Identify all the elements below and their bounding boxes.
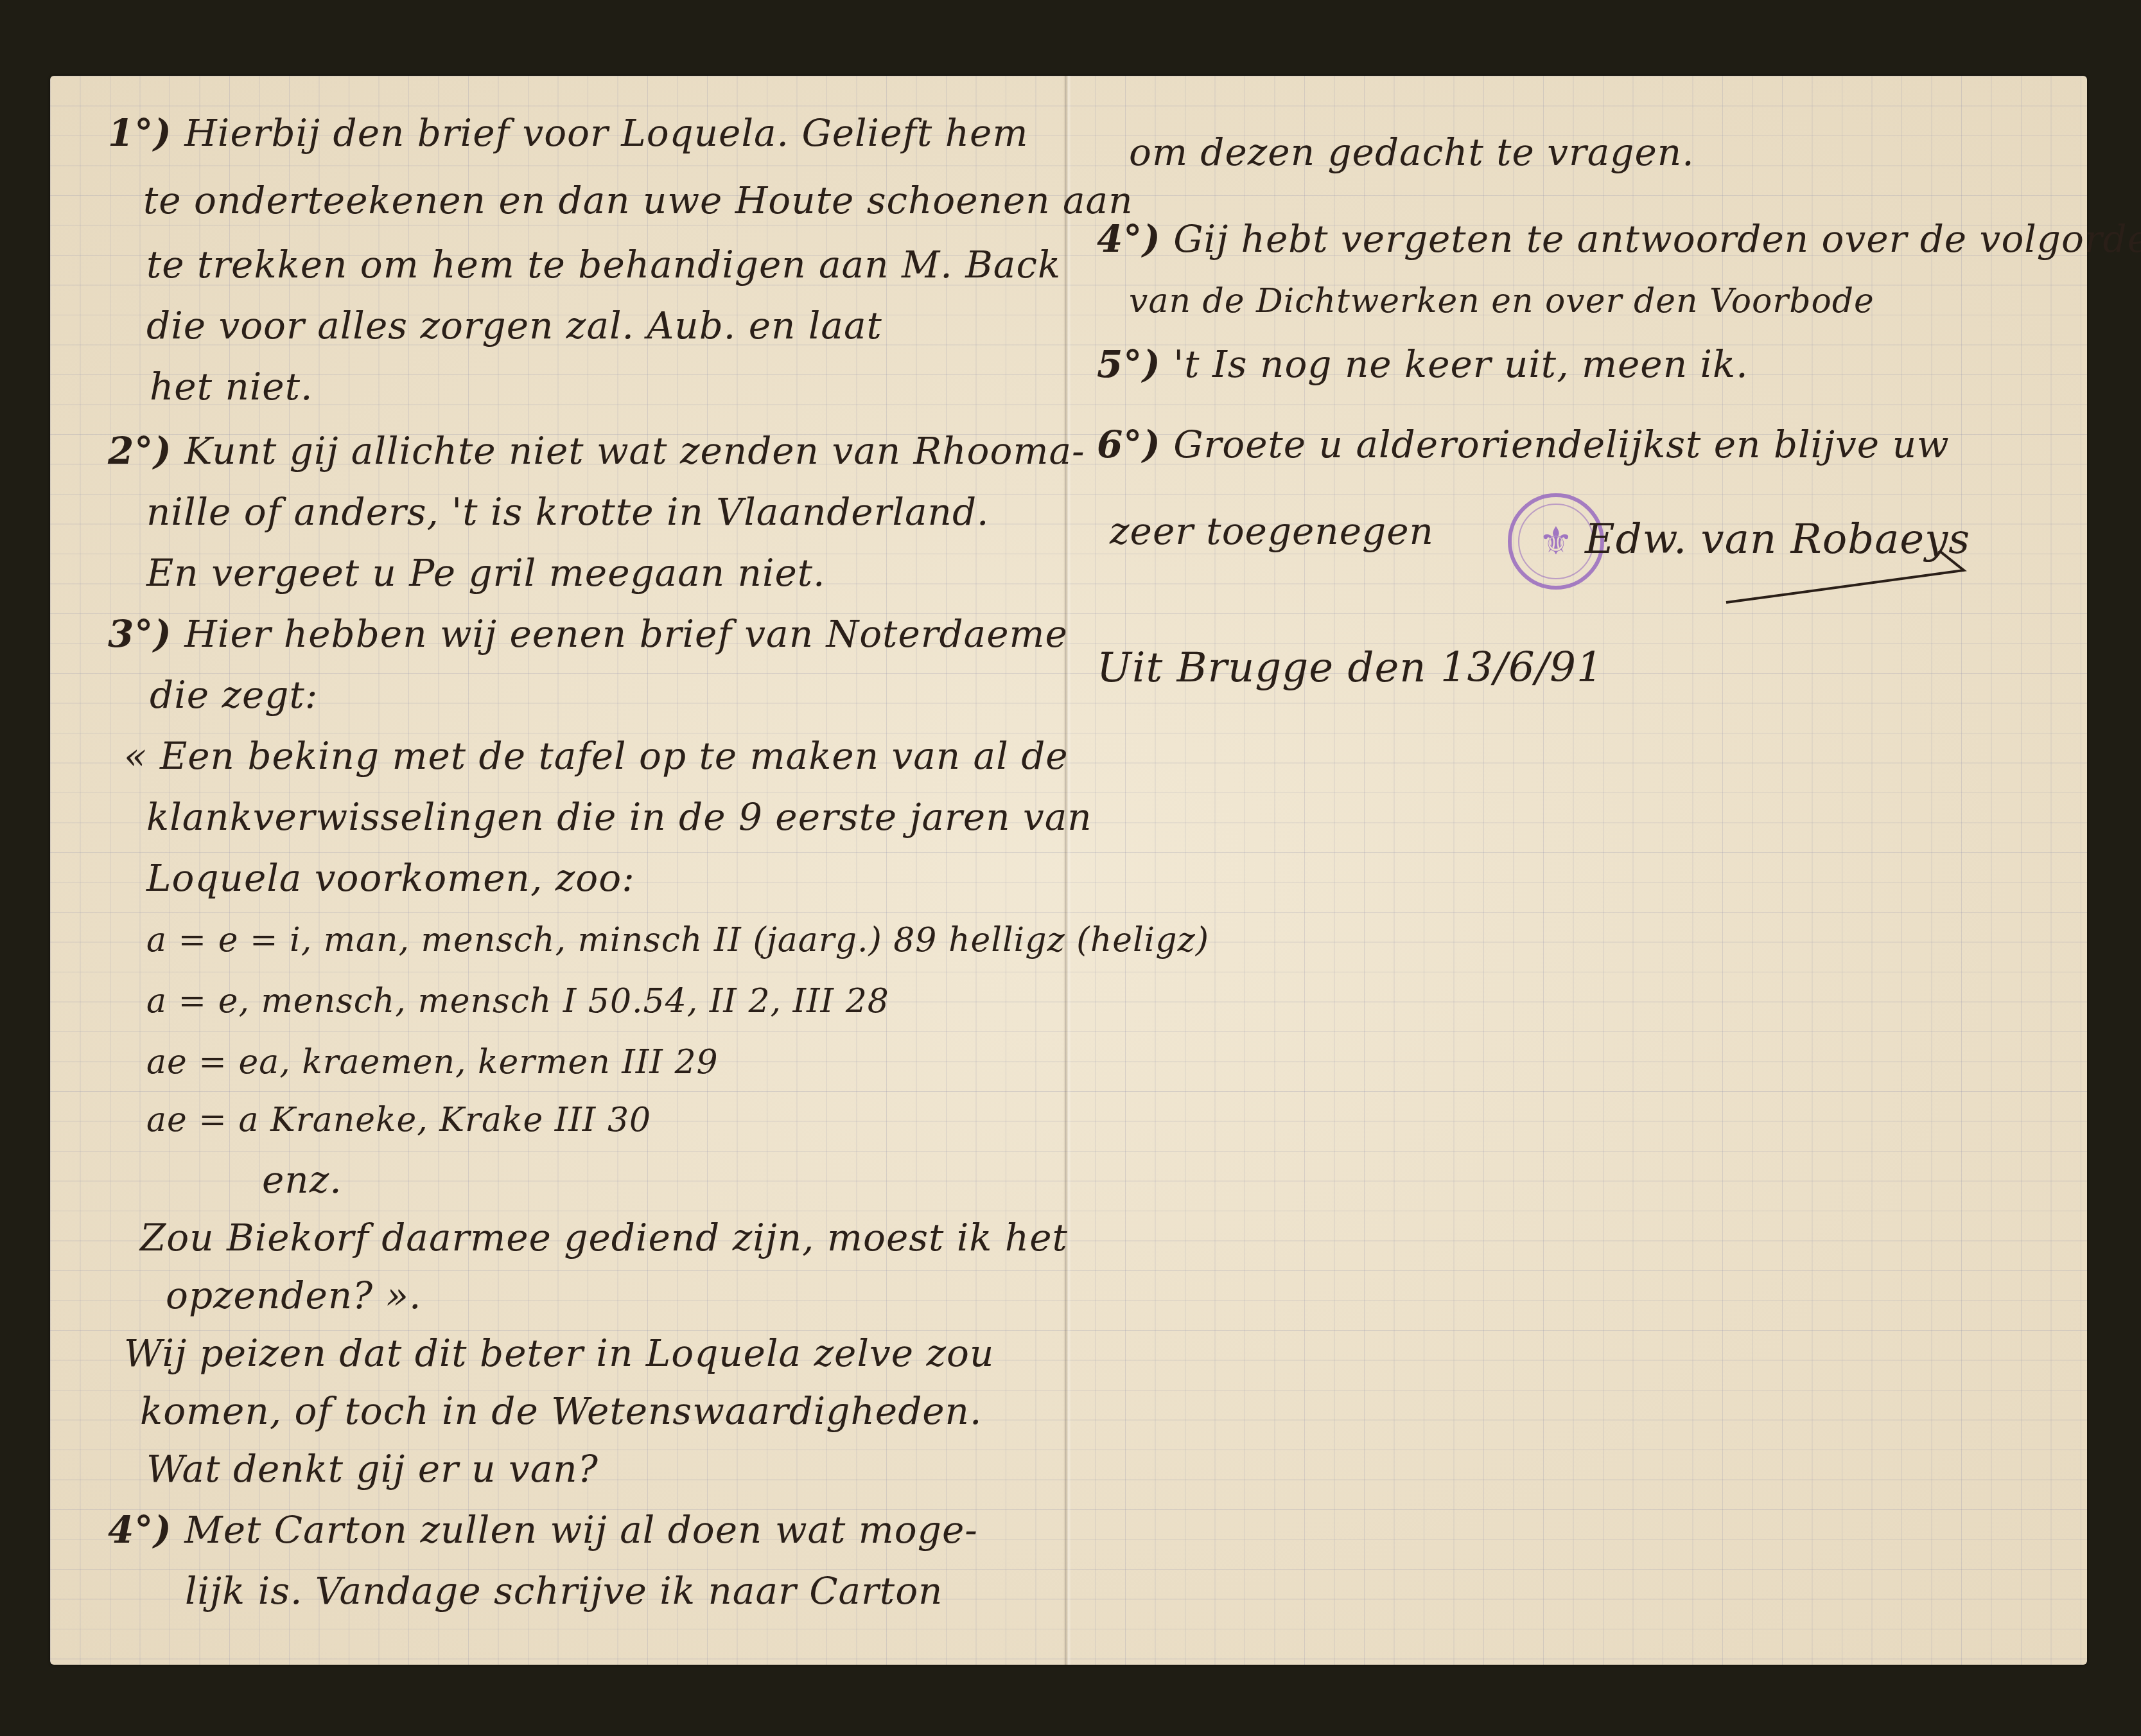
- text-line: opzenden? ».: [166, 1277, 422, 1314]
- date-line: Uit Brugge den 13/6/91: [1097, 647, 1604, 688]
- text-line: nille of anders, 't is krotte in Vlaande…: [146, 493, 989, 530]
- text-line: 4°) Met Carton zullen wij al doen wat mo…: [108, 1511, 978, 1548]
- text-line: Zou Biekorf daarmee gediend zijn, moest …: [140, 1219, 1068, 1256]
- text-line: Wat denkt gij er u van?: [146, 1450, 599, 1487]
- text-line: Loquela voorkomen, zoo:: [146, 859, 635, 897]
- text-line: 6°) Groete u alderoriendelijkst en blijv…: [1097, 426, 1950, 463]
- text-line: En vergeet u Pe gril meegaan niet.: [146, 554, 826, 592]
- page-fold: [1063, 76, 1071, 1665]
- text-line: a = e, mensch, mensch I 50.54, II 2, III…: [146, 985, 889, 1018]
- text-line: ae = ea, kraemen, kermen III 29: [146, 1046, 719, 1079]
- text-line: 5°) 't Is nog ne keer uit, meen ik.: [1097, 346, 1749, 383]
- text-line: te trekken om hem te behandigen aan M. B…: [146, 246, 1061, 283]
- text-line: van de Dichtwerken en over den Voorbode: [1129, 285, 1874, 318]
- signature-flourish-icon: [1688, 551, 1996, 609]
- text-line: 4°) Gij hebt vergeten te antwoorden over…: [1097, 220, 2141, 258]
- text-line: te onderteekenen en dan uwe Houte schoen…: [143, 182, 1133, 219]
- text-line: 3°) Hier hebben wij eenen brief van Note…: [108, 615, 1068, 653]
- text-line: die voor alles zorgen zal. Aub. en laat: [146, 307, 882, 344]
- text-line: 2°) Kunt gij allichte niet wat zenden va…: [108, 432, 1085, 469]
- text-line: die zegt:: [150, 676, 318, 714]
- text-line: enz.: [262, 1161, 342, 1198]
- letter-sheet: 1°) Hierbij den brief voor Loquela. Geli…: [50, 76, 2087, 1665]
- left-page: 1°) Hierbij den brief voor Loquela. Geli…: [50, 76, 1063, 1665]
- text-line: klankverwisselingen die in de 9 eerste j…: [146, 798, 1092, 836]
- text-line: « Een beking met de tafel op te maken va…: [124, 737, 1069, 775]
- text-line: 1°) Hierbij den brief voor Loquela. Geli…: [108, 114, 1028, 152]
- text-line: komen, of toch in de Wetenswaardigheden.: [140, 1392, 982, 1430]
- right-page: om dezen gedacht te vragen. 4°) Gij hebt…: [1071, 76, 2087, 1665]
- text-line: lijk is. Vandage schrijve ik naar Carton: [185, 1572, 943, 1609]
- text-line: zeer toegenegen: [1110, 513, 1434, 550]
- text-line: a = e = i, man, mensch, minsch II (jaarg…: [146, 924, 1209, 957]
- text-line: Wij peizen dat dit beter in Loquela zelv…: [124, 1335, 994, 1372]
- text-line: om dezen gedacht te vragen.: [1129, 134, 1695, 171]
- text-line: het niet.: [150, 368, 313, 405]
- text-line: ae = a Kraneke, Krake III 30: [146, 1103, 651, 1137]
